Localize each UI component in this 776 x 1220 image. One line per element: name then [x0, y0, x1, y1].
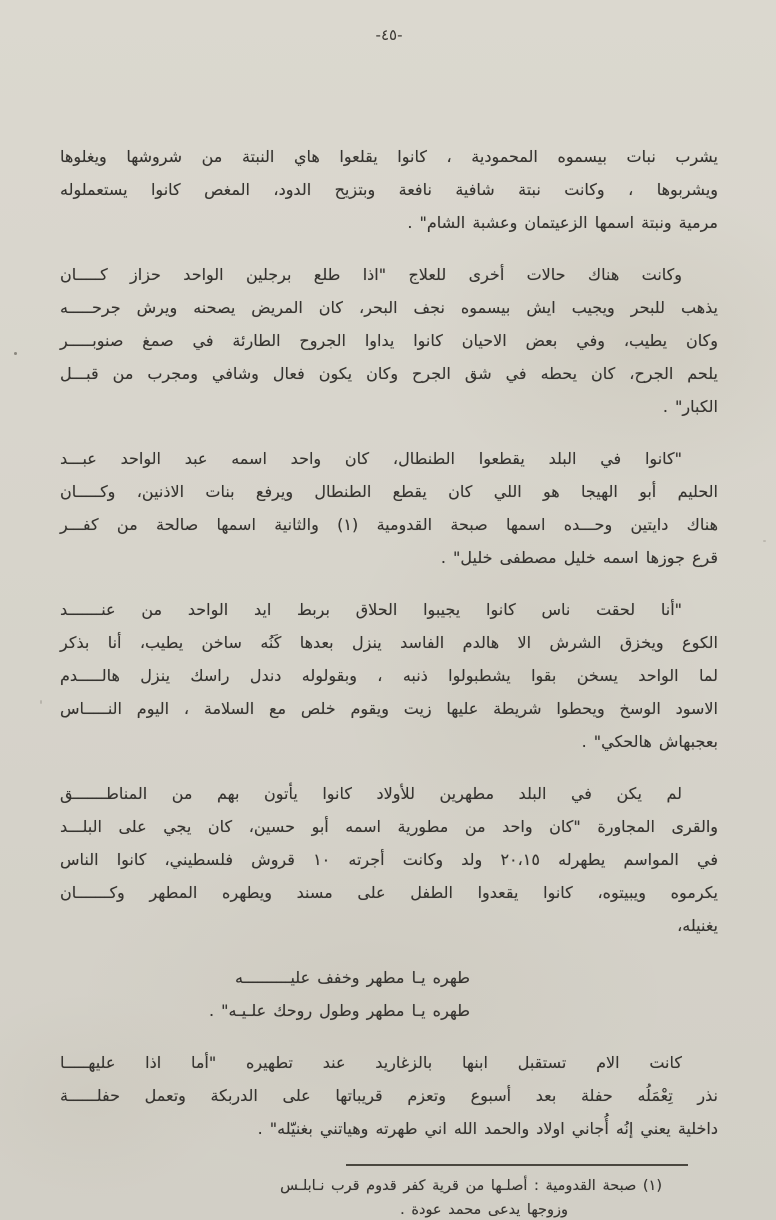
text-line: الكبار" .: [60, 390, 718, 423]
text-line: (١) صبحة القدومية : أصلـها من قرية كفر ق…: [60, 1174, 718, 1198]
scan-speckle: [14, 352, 17, 355]
scan-speckle: [763, 540, 766, 542]
text-line: قرع جوزها اسمه خليل مصطفى خليل" .: [60, 541, 718, 574]
text-body: يشرب نبات بيسموه المحمودية ، كانوا يقلعو…: [60, 140, 718, 1145]
text-line: لم يكن في البلد مطهرين للأولاد كانوا يأت…: [60, 777, 718, 810]
paragraph: "أنا لحقت ناس كانوا يجيبوا الحلاق بربط ا…: [60, 593, 718, 758]
footnote: (١) صبحة القدومية : أصلـها من قرية كفر ق…: [60, 1174, 718, 1220]
text-line: بعجبهاش هالحكي" .: [60, 725, 718, 758]
text-line: نذر تِعْمَلُه حفلة بعد أسبوع وتعزم قريبا…: [60, 1079, 718, 1112]
text-line: لما الواحد يسخن بقوا يشطبولوا ذنبه ، وبق…: [60, 659, 718, 692]
footnote-separator: [346, 1164, 688, 1166]
text-line: ويشربوها ، وكانت نبتة شافية نافعة وبتزيح…: [60, 173, 718, 206]
text-line: يلحم الجرح، كان يحطه في شق الجرح وكان يك…: [60, 357, 718, 390]
text-line: يذهب للبحر ويجيب ايش بيسموه نجف البحر، ك…: [60, 291, 718, 324]
text-line: يكرموه ويبيتوه، كانوا يقعدوا الطفل على م…: [60, 876, 718, 909]
text-line: "كانوا في البلد يقطعوا الطنطال، كان واحد…: [60, 442, 718, 475]
text-line: داخلية يعني إنُه أُجاني اولاد والحمد الل…: [60, 1112, 718, 1145]
paragraph: لم يكن في البلد مطهرين للأولاد كانوا يأت…: [60, 777, 718, 942]
text-line: هناك دايتين وحـــده اسمها صبحة القدومية …: [60, 508, 718, 541]
text-line: وزوجها يدعى محمد عودة .: [60, 1198, 718, 1220]
text-line: يغنيله،: [60, 909, 718, 942]
scan-speckle: [310, 1012, 312, 1014]
text-line: كانت الام تستقبل ابنها بالزغاريد عند تطه…: [60, 1046, 718, 1079]
scan-speckle: [40, 700, 42, 704]
text-line: مرمية ونبتة اسمها الزعيتمان وعشبة الشام"…: [60, 206, 718, 239]
text-line: وكانت هناك حالات أخرى للعلاج "اذا طلع بر…: [60, 258, 718, 291]
paragraph: يشرب نبات بيسموه المحمودية ، كانوا يقلعو…: [60, 140, 718, 239]
text-line: طهره يـا مطهر وطول روحك علـيـه" .: [60, 994, 470, 1027]
paragraph: كانت الام تستقبل ابنها بالزغاريد عند تطه…: [60, 1046, 718, 1145]
text-line: الكوع ويخزق الشرش الا هالدم الفاسد ينزل …: [60, 626, 718, 659]
text-line: الحليم أبو الهيجا هو اللي كان يقطع الطنط…: [60, 475, 718, 508]
text-line: الاسود الوسخ ويحطوا شريطة عليها زيت ويقو…: [60, 692, 718, 725]
poetry-block: طهره يـا مطهر وخفف عليــــــــــهطهره يـ…: [60, 961, 718, 1027]
text-line: والقرى المجاورة "كان واحد من مطورية اسمه…: [60, 810, 718, 843]
text-line: طهره يـا مطهر وخفف عليــــــــــه: [60, 961, 470, 994]
scanned-page: -٤٥- يشرب نبات بيسموه المحمودية ، كانوا …: [0, 0, 776, 1220]
page-number: -٤٥-: [60, 26, 718, 44]
paragraph: وكانت هناك حالات أخرى للعلاج "اذا طلع بر…: [60, 258, 718, 423]
text-line: "أنا لحقت ناس كانوا يجيبوا الحلاق بربط ا…: [60, 593, 718, 626]
text-line: وكان يطيب، وفي بعض الاحيان كانوا يداوا ا…: [60, 324, 718, 357]
paragraph: "كانوا في البلد يقطعوا الطنطال، كان واحد…: [60, 442, 718, 574]
text-line: يشرب نبات بيسموه المحمودية ، كانوا يقلعو…: [60, 140, 718, 173]
text-line: في المواسم يطهرله ٢٠،١٥ ولد وكانت أجرته …: [60, 843, 718, 876]
